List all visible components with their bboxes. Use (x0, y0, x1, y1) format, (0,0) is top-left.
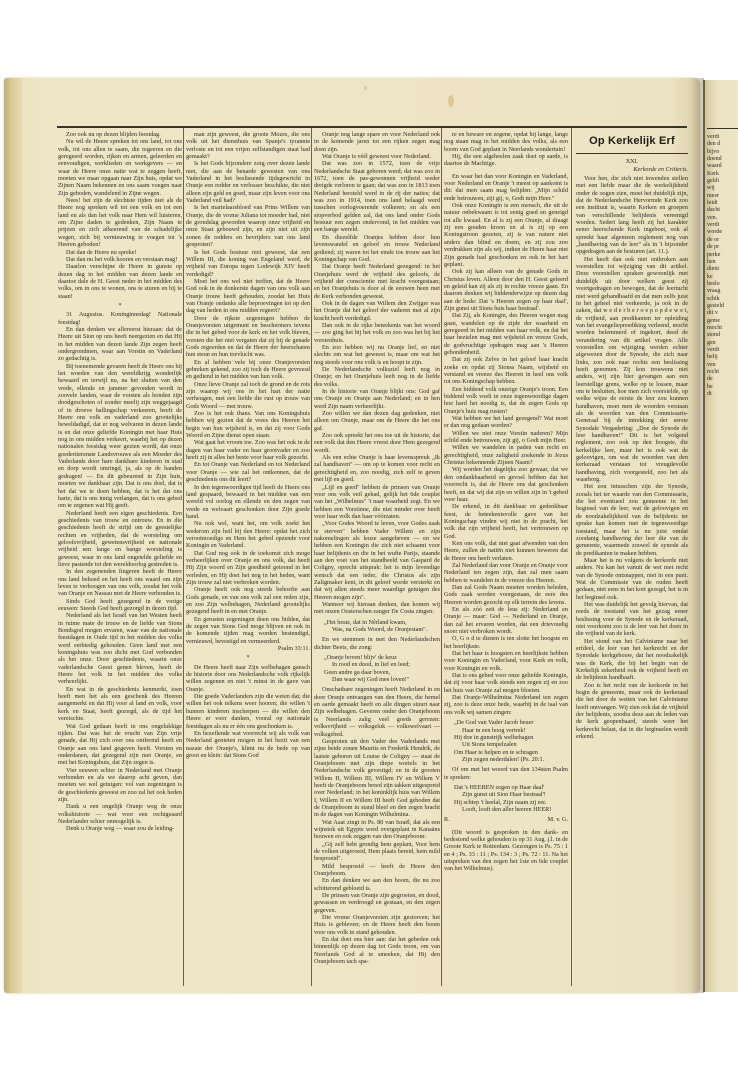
text-fragment: de (707, 376, 738, 383)
paragraph: Dank u een ongelijk Oranje weg de onze v… (58, 803, 182, 825)
text-fragment: verdi (707, 222, 738, 229)
paragraph: De prinsen van Oranje zijn gegroeien, en… (314, 892, 440, 914)
signature-author: M. v. G. (548, 816, 568, 823)
text-fragment: beslo (707, 281, 738, 288)
paragraph: Ook in de dagen van Willem den Zwijger w… (314, 300, 440, 322)
poem-line: Uit Sions tempelzalen (454, 741, 568, 748)
header-rule (57, 126, 687, 128)
paragraph: Nees! het zijn de slechtste tijden niet … (58, 197, 182, 248)
poem-line: Zijn zegen nederdalen! (Ps. 20:1. (454, 756, 568, 763)
paragraph: Bij toenemende gevaren heeft de Heere on… (58, 363, 182, 510)
paragraph: Wat gaat het vroom toe. Zoo was het ook … (186, 439, 310, 461)
paragraph: En diezelfde Oranjes hebben door hun lev… (314, 234, 440, 263)
paragraph: man zijn geweest, die groote Mozes, die … (186, 131, 310, 160)
paragraph: Dat God nog ook in de toekomst zich moge… (186, 550, 310, 587)
paragraph: Gesproten uit den Vader des Vaderlands m… (314, 738, 440, 819)
text-fragment: vraag (707, 288, 738, 295)
paragraph: Oranje heeft ook nog steeds behoefte aan… (186, 586, 310, 615)
poem-line: Hij schiep 't heelal, Zijn naam zij eer. (454, 799, 568, 806)
poem-line: „Het beste, dat in Nêrland kwam, (324, 619, 440, 626)
next-page-column: verdiden dbijvodoendwaardKerkgeldiwijmee… (707, 134, 738, 834)
text-fragment: gen (707, 340, 738, 347)
poem-line: Dat 's HEEREN zegen op Haar daal' (454, 784, 568, 791)
text-fragment: belij (707, 354, 738, 361)
paragraph: Wij worden het dagelijks zoo gewaar, dat… (444, 466, 568, 503)
poem-line: Hij doe in gunstrijk welbehagen (454, 734, 568, 741)
article-column-4: re en beware en zegene, opdat hij lange,… (444, 131, 568, 986)
paragraph: Het heeft dan ook niet ontbroken aan voo… (576, 256, 688, 484)
column-rule (311, 128, 312, 986)
paragraph: Als een echte Oranje is haar levensspreu… (314, 454, 440, 483)
column5-paragraphs: Voor hen, die zich niet inwenden stellen… (576, 175, 688, 740)
poem-line: Geen andre ga daar boven, (324, 669, 440, 676)
text-fragment: leidi (707, 200, 738, 207)
paragraph: Sinds God heeft gezegend in de vorige ee… (58, 598, 182, 613)
paragraph: Die vrome Oranjevorsten zijn gestorven; … (314, 914, 440, 936)
article-column-2: man zijn geweest, die groote Mozes, die … (186, 131, 310, 986)
column1-paragraphs-after: 31 Augustus. Koninginnedag! Nationale fe… (58, 311, 182, 832)
poem-psalm-20: „De God van Vader Jacob beuerHaar in een… (444, 719, 568, 763)
paragraph: Zoo willen we dan dezen dag gedenken, ni… (314, 410, 440, 432)
paragraph: Dat het haar is hoogsten en heerlijkste … (444, 650, 568, 672)
text-fragment: geldi (707, 178, 738, 185)
text-fragment: hen (707, 259, 738, 266)
text-fragment: dt (707, 391, 738, 398)
paragraph: In de historie van Oranje blijkt ons: Go… (314, 388, 440, 410)
column2-paragraphs: man zijn geweest, die groote Mozes, die … (186, 131, 310, 645)
text-fragment: gesteld (707, 303, 738, 310)
text-fragment: ven. (707, 215, 738, 222)
paragraph: Dat Oranje-Wilhelmina Nederland ten zege… (444, 694, 568, 716)
paragraph: En tot Oranje van Nederland en tot Neder… (186, 461, 310, 483)
paragraph: Het zou intusschen zijn der Synode, zooa… (576, 483, 688, 556)
poem-line: In rood en dood, in lief en leed; (324, 661, 440, 668)
text-fragment: doend (707, 156, 738, 163)
column-rule (441, 128, 442, 986)
paragraph: En als zóó zeit de leus zij: Nederland e… (444, 606, 568, 635)
text-fragment: stond (707, 332, 738, 339)
paper-stain (364, 86, 367, 90)
poem-line: Looft, looft den aller heeren HEER! (454, 806, 568, 813)
paragraph: „Gij zelf hebt grondig hem geplant, Voor… (314, 841, 440, 863)
paragraph: Het stond van het Calvinisme naar het er… (576, 638, 688, 682)
paragraph: „Lijf en goed" hebben de prinsen van Ora… (314, 484, 440, 521)
text-fragment: de or (707, 237, 738, 244)
paragraph: Ken ons volk, dat niet gaat afwenden van… (444, 540, 568, 562)
text-fragment: Kerk (707, 171, 738, 178)
paragraph: De Heere heeft naar Zijn welbehagen gans… (186, 664, 310, 693)
paragraph: Maar het is nu volgens de kerkorde niet … (576, 557, 688, 601)
article-column-3: Oranje nog lange spare en voor Nederland… (314, 131, 440, 986)
poem-line: „Oranje boven! blijv' de keuz (324, 654, 440, 661)
footnote: (Dit woord is gesproken in den dank- en … (444, 829, 568, 873)
text-fragment: dit v (707, 310, 738, 317)
paragraph: Wat God gedaan heeft in ons ongelukkige … (58, 723, 182, 767)
text-fragment: meer (707, 193, 738, 200)
paragraph: Dan ook in de rijke beteekenis van het w… (314, 322, 440, 344)
text-fragment: worde (707, 229, 738, 236)
paragraph: Onze lieve Oranje zal toch de grond en d… (186, 381, 310, 410)
next-page-rule (707, 128, 738, 129)
column3-paragraphs: Oranje nog lange spare en voor Nederland… (314, 131, 440, 616)
article-column-1: Zoo ook nu op dezen blijden feestdag.Nu … (58, 131, 182, 986)
paragraph: re en beware en zegene, opdat hij lange,… (444, 131, 568, 153)
poem-line: „De God van Vader Jacob beuer (454, 719, 568, 726)
text-fragment: de pr (707, 244, 738, 251)
paragraph: Hij, die een algeheelen zaak doet op aar… (444, 153, 568, 168)
paragraph: En gerusten zegeningen doen ons bidden, … (186, 616, 310, 645)
column-rule (571, 128, 572, 986)
section-title: Op Kerkelijk Erf (576, 131, 688, 147)
text-fragment: perke (707, 252, 738, 259)
paragraph: Mild besproeid — heeft de Heere den Oran… (314, 863, 440, 878)
paragraph: Het was duidelijk het gevolg hiervan, da… (576, 601, 688, 638)
paragraph: 31 Augustus. Koninginnedag! Nationale fe… (58, 311, 182, 326)
poem-line: Om Haar te helpen en te schragen (454, 749, 568, 756)
paragraph: Moet het ons wel niet treffen, dat de He… (186, 278, 310, 315)
paragraph: In den zegenenden fingeren heeft de Heer… (58, 568, 182, 597)
paragraph: Denk u Oranje weg — waar zou de leiding- (58, 825, 182, 832)
gutter-shadow (690, 78, 704, 993)
paragraph: En wat in de geschiedenis kenmerkt, toen… (58, 686, 182, 723)
paragraph: Voor hen, die zich niet inwenden stellen… (576, 175, 688, 256)
section-title-rule (576, 153, 688, 154)
psalm-intro: Of om met het woord van den 134sten Psal… (444, 766, 568, 781)
paragraph: En dan denken we aan den boom, die nu zo… (314, 877, 440, 892)
paragraph: En waar het dan voor Koningin en Vaderla… (444, 173, 568, 202)
poem-beets: „Oranje boven! blijv' de keuzIn rood en … (314, 654, 440, 683)
paragraph: Zoo ook nu op dezen blijden feestdag. (58, 131, 182, 138)
paragraph: Nu wil de Heere spreken tot ons land, to… (58, 138, 182, 197)
paragraph: Dat zij ook Zelve in het geloof haar kra… (444, 356, 568, 385)
column2-paragraphs-after: De Heere heeft naar Zijn welbehagen gans… (186, 664, 310, 759)
signature-left: R. (444, 816, 450, 823)
paragraph: Onschatbare zegeningen heeft Nederland i… (314, 686, 440, 737)
paragraph: Is het Gods bijzondere zorg over dezen l… (186, 160, 310, 204)
paragraph: „Voor Godes Woord te leven, voor Godes z… (314, 520, 440, 601)
paragraph: In den tegenwoordigen tijd heeft de Heer… (186, 484, 310, 521)
paragraph: De erkend, in dit dankbaar en gedenkbaar… (444, 503, 568, 540)
paragraph: Zoo is het recht van de kerkorde in het … (576, 682, 688, 741)
section-separator: * (58, 302, 182, 309)
paragraph: Oranje nog lange spare en voor Nederland… (314, 131, 440, 153)
paragraph: Dat was zoo in 1572, toen de vrije Neder… (314, 160, 440, 233)
paragraph: En al hebben vele bij onze Oranjevorsten… (186, 359, 310, 381)
column4-paragraphs-after: En waar het dan voor Koningin en Vaderla… (444, 173, 568, 716)
psalm-reference: Psalm 33:11. (186, 645, 310, 652)
paragraph: Nu ook wel, want het, om volk zoekt het … (186, 520, 310, 549)
article-number: XXI. (576, 158, 688, 165)
paragraph: Zoo is het ook thans. Van ons Koningshui… (186, 410, 310, 439)
paragraph: Ook zij kan alleen van de genade Gods in… (444, 268, 568, 312)
poem-psalm-134: Dat 's HEEREN zegen op Haar daal'Zijn gu… (444, 784, 568, 813)
article-subtitle: Kerkorde en Critieris. (576, 166, 688, 173)
page-edge-stack (4, 78, 22, 993)
text-fragment: recht (707, 369, 738, 376)
paragraph: Zal Nederland dan voor Oranje en Oranje … (444, 562, 568, 584)
text-fragment: wij (707, 185, 738, 192)
signature-line: R. M. v. G. (444, 816, 568, 823)
text-fragment: be (707, 384, 738, 391)
paragraph: De Nederlandsche volksziel leeft nog in … (314, 366, 440, 388)
section-separator: * (186, 654, 310, 661)
text-fragment: ven (707, 362, 738, 369)
text-fragment: dacht (707, 207, 738, 214)
column3-paragraphs-mid: En we stemmen in met den Nederlandschen … (314, 636, 440, 651)
paragraph: En zoo hebben wij nu Oranje lief, en nie… (314, 344, 440, 366)
paragraph: Dat Oranje heeft Nederland gezegend: in … (314, 263, 440, 300)
text-fragment: geme (707, 318, 738, 325)
paragraph: Wat Oranje is véél geweest voor Nederlan… (314, 153, 440, 160)
text-fragment: verdi (707, 134, 738, 141)
paragraph: Willen we wandelen in paden van recht en… (444, 444, 568, 466)
text-fragment: bijvo (707, 149, 738, 156)
paragraph: Wat Aaat zingt in Ps. 80 van Israël, dat… (314, 819, 440, 841)
paragraph: Ook onze Koningin is een mensch, die uit… (444, 202, 568, 268)
paragraph: Is het Gods bestuur niet geweest, dat ee… (186, 249, 310, 278)
text-fragment: dient (707, 266, 738, 273)
poem-line: Was, na Gods Woord, de Oranjestam". (324, 626, 440, 633)
text-fragment: mocht (707, 325, 738, 332)
paragraph: Wat hebben we het land gezegend? Wat moe… (444, 415, 568, 430)
text-fragment: ke (707, 274, 738, 281)
paragraph: Een biddend volk onzeige Oranje's troon.… (444, 386, 568, 415)
column-rule (183, 128, 184, 986)
paragraph: Dat Zij, als Koningin, des Heeren wegen … (444, 312, 568, 356)
column3-paragraphs-after: Onschatbare zegeningen heeft Nederland i… (314, 686, 440, 965)
paragraph: Dat is ons gebed voor onze geliefde Koni… (444, 672, 568, 694)
paragraph: En we stemmen in met den Nederlandschen … (314, 636, 440, 651)
text-fragment: verdt (707, 347, 738, 354)
paragraph: Nederland als het Israël van het Westen … (58, 612, 182, 685)
paragraph: Is het martelaarsbloed van Prins Willem … (186, 204, 310, 248)
text-fragment: den d (707, 141, 738, 148)
paragraph: Zoo ook spreekt het ons toe uit de histo… (314, 432, 440, 454)
poem-da-costa: „Het beste, dat in Nêrland kwam,Was, na … (314, 619, 440, 634)
paragraph: Die goede Vaderlanders zijn die weten da… (186, 693, 310, 730)
article-column-5: Voor hen, die zich niet inwenden stellen… (576, 175, 688, 965)
paragraph: Vier eeuwen schier in Nederland met Oran… (58, 767, 182, 804)
paragraph: O, G o d te dienen is ten slotte het hoo… (444, 635, 568, 650)
text-fragment: schik (707, 296, 738, 303)
paragraph: En bezeflende wat voorrecht wij als volk… (186, 730, 310, 759)
next-page-fragments: verdiden dbijvodoendwaardKerkgeldiwijmee… (707, 134, 738, 398)
paragraph: Wanneer wij hieraan denken, dan komen wi… (314, 601, 440, 616)
poem-line: Dan waar wij God mee loven!" (324, 676, 440, 683)
paper-stain (448, 95, 454, 107)
column4-paragraphs: re en beware en zegene, opdat hij lange,… (444, 131, 568, 168)
paragraph: En dan denken we allereerst hieraan: dat… (58, 326, 182, 363)
paragraph: Nederland heeft een eigen geschiedenis. … (58, 510, 182, 569)
text-fragment: waard (707, 163, 738, 170)
paragraph: Dan zal Gods Naam moeten worden beleden,… (444, 584, 568, 606)
poem-line: Zijn gunst uit Sion Haar bestraal'! (454, 791, 568, 798)
paragraph: Door de rijkste zegeningen hebben de Ora… (186, 315, 310, 359)
paragraph: En dat doet ons hier aan: dat het gebede… (314, 936, 440, 965)
paragraph: Dat dan nu het volk hooren en verstaan m… (58, 256, 182, 263)
poem-line: Haar in een hoog vertrek! (454, 727, 568, 734)
paragraph: Daarlon verschijne de Heere in gunste op… (58, 263, 182, 300)
paragraph: Willen we niet onze Vorstin naderen? Mij… (444, 430, 568, 445)
paragraph: Dat dan de Heere nu spreke! (58, 249, 182, 256)
column1-paragraphs: Zoo ook nu op dezen blijden feestdag.Nu … (58, 131, 182, 300)
